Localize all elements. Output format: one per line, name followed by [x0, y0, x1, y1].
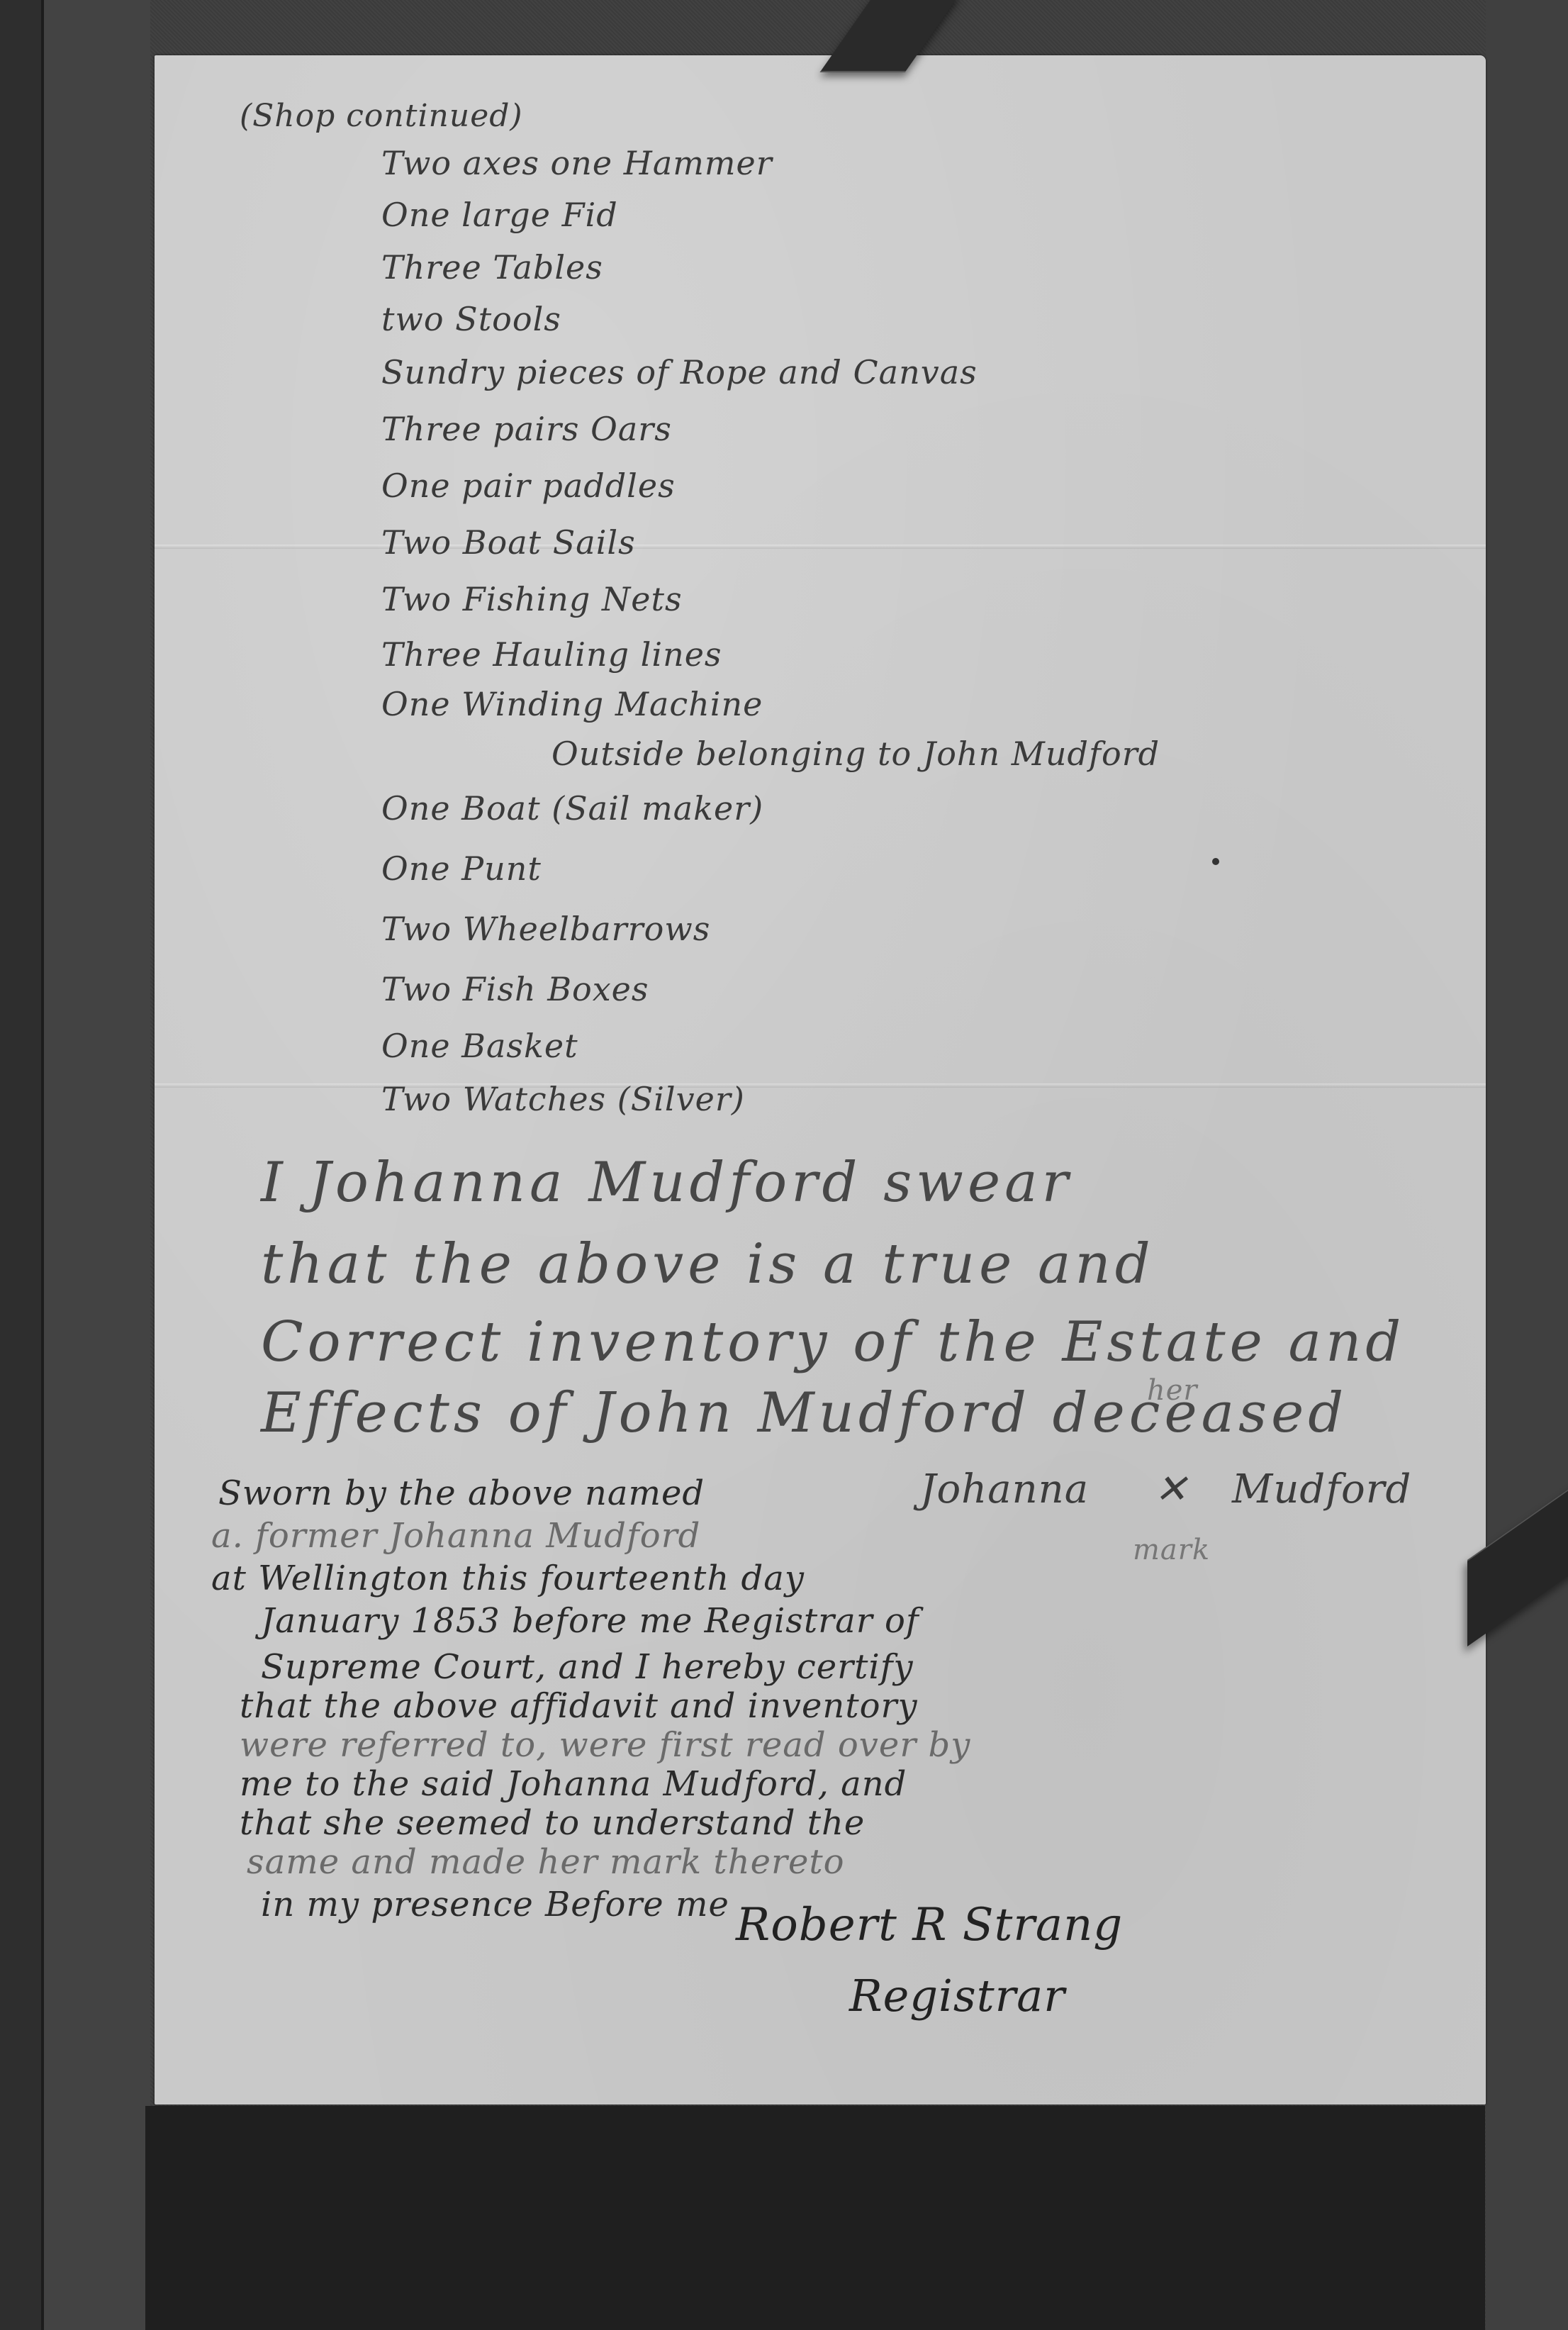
oath-line: that the above is a true and [261, 1232, 1155, 1296]
registrar-name: Robert R Strang [736, 1899, 1123, 1951]
mark-surname: Mudford [1232, 1466, 1411, 1512]
mark-her-label: her [1147, 1374, 1198, 1407]
registrar-title: Registrar [849, 1970, 1065, 2022]
fold-line [155, 1083, 1486, 1088]
outside-item: Two Fish Boxes [381, 970, 649, 1008]
outside-item: One Boat (Sail maker) [381, 789, 763, 827]
inventory-item: Two axes one Hammer [381, 144, 773, 182]
binder-spine [0, 0, 44, 2330]
inventory-item: One large Fid [381, 196, 618, 234]
binder-bottom-pocket [145, 2106, 1485, 2330]
ink-spot [1212, 858, 1219, 865]
jurat-line: in my presence Before me [261, 1885, 729, 1924]
outside-item: One Basket [381, 1027, 578, 1065]
jurat-line: were referred to, were first read over b… [240, 1725, 970, 1765]
document-page: (Shop continued) Two axes one Hammer One… [155, 55, 1486, 2105]
jurat-line: that the above affidavit and inventory [240, 1686, 918, 1726]
jurat-line: Sworn by the above named [218, 1473, 705, 1513]
inventory-item: Two Boat Sails [381, 523, 636, 562]
section-heading: (Shop continued) [240, 98, 523, 134]
mark-first-name: Johanna [920, 1466, 1089, 1512]
inventory-item: Two Fishing Nets [381, 580, 683, 618]
jurat-line: Supreme Court, and I hereby certify [261, 1647, 914, 1687]
inventory-item: One Winding Machine [381, 685, 763, 723]
jurat-line: me to the said Johanna Mudford, and [240, 1764, 907, 1804]
mark-label: mark [1133, 1534, 1210, 1566]
inventory-item: two Stools [381, 300, 561, 338]
jurat-line: same and made her mark thereto [247, 1842, 845, 1882]
outside-item: Two Watches (Silver) [381, 1080, 745, 1118]
mark-cross: ✕ [1154, 1466, 1188, 1512]
jurat-line: January 1853 before me Registrar of [261, 1601, 919, 1641]
jurat-line: a. former Johanna Mudford [211, 1516, 700, 1556]
inventory-item: Three Tables [381, 248, 603, 286]
inventory-item: Three pairs Oars [381, 410, 672, 448]
oath-line: Correct inventory of the Estate and [261, 1310, 1405, 1374]
fold-line [155, 545, 1486, 549]
jurat-line: that she seemed to understand the [240, 1803, 865, 1843]
outside-item: One Punt [381, 849, 542, 888]
inventory-item: Three Hauling lines [381, 635, 722, 674]
binder-spine-inner [44, 0, 150, 2330]
inventory-item: Sundry pieces of Rope and Canvas [381, 353, 978, 391]
inventory-item: One pair paddles [381, 467, 676, 505]
outside-heading: Outside belonging to John Mudford [551, 735, 1160, 773]
binder-right-edge [1486, 0, 1568, 2330]
oath-line: I Johanna Mudford swear [261, 1151, 1073, 1215]
jurat-line: at Wellington this fourteenth day [211, 1559, 805, 1598]
outside-item: Two Wheelbarrows [381, 910, 710, 948]
